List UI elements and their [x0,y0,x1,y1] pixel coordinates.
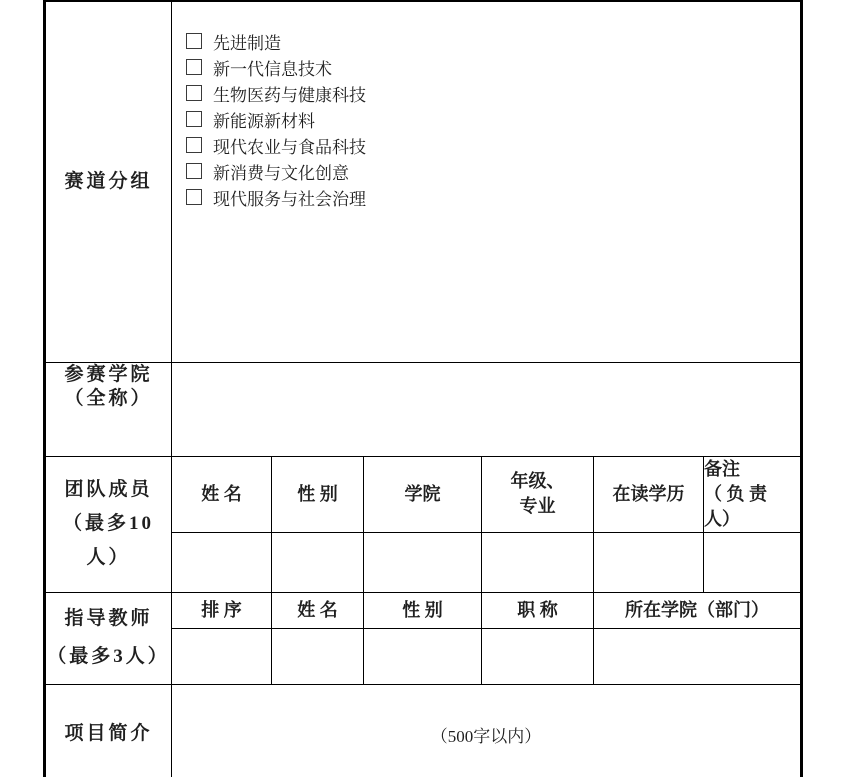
teacher-col-order: 排 序 [172,592,272,628]
track-option-label: 新一代信息技术 [213,55,332,80]
member-college-input-cell[interactable] [364,532,482,592]
track-option-label: 现代农业与食品科技 [213,133,366,158]
teachers-label: 指导教师 （最多3人） [45,592,172,684]
teacher-department-input-cell[interactable] [594,628,802,684]
track-options-cell: 先进制造 新一代信息技术 生物医药与健康科技 新能源新材料 [172,1,802,362]
checkbox-icon[interactable] [186,85,202,101]
checkbox-icon[interactable] [186,189,202,205]
teacher-title-input-cell[interactable] [482,628,594,684]
members-label-line2: （最多10 [63,513,154,534]
member-name-input-cell[interactable] [172,532,272,592]
teachers-label-line1: 指导教师 [64,608,152,629]
track-option-modern-agriculture-food: 现代农业与食品科技 [186,132,800,158]
track-option-advanced-manufacturing: 先进制造 [186,28,800,54]
track-option-label: 新消费与文化创意 [213,159,349,184]
track-option-new-energy-materials: 新能源新材料 [186,106,800,132]
track-options-list: 先进制造 新一代信息技术 生物医药与健康科技 新能源新材料 [172,2,800,210]
remark-line2: （ 负 责 [704,482,800,507]
track-option-biomedicine-health: 生物医药与健康科技 [186,80,800,106]
member-grade-major-input-cell[interactable] [482,532,594,592]
application-form-page: 赛道分组 先进制造 新一代信息技术 生物医药与健康科技 [0,0,849,777]
member-col-grade-major: 年级、 专业 [482,456,594,532]
teacher-col-title: 职 称 [482,592,594,628]
track-option-label: 先进制造 [213,29,281,54]
members-label: 团队成员 （最多10 人） [45,456,172,592]
remark-line3: 人） [704,507,800,532]
member-col-gender: 性 别 [272,456,364,532]
member-remark-input-cell[interactable] [704,532,802,592]
member-degree-input-cell[interactable] [594,532,704,592]
track-option-label: 生物医药与健康科技 [213,81,366,106]
teacher-col-gender: 性 别 [364,592,482,628]
track-option-new-consumption-culture: 新消费与文化创意 [186,158,800,184]
college-label-line1: 参赛学院 [64,364,152,385]
college-label-line2: （全称） [64,388,152,409]
college-row: 参赛学院 （全称） [45,362,802,456]
grade-major-line1: 年级、 [511,471,565,491]
checkbox-icon[interactable] [186,33,202,49]
project-intro-label: 项目简介 [45,684,172,777]
college-label: 参赛学院 （全称） [45,362,172,456]
members-label-line3: 人） [86,547,130,568]
member-col-degree: 在读学历 [594,456,704,532]
remark-line1: 备注 [704,457,800,482]
project-intro-input-cell[interactable]: （500字以内） [172,684,802,777]
member-col-remark-leader: 备注 （ 负 责 人） [704,456,802,532]
teachers-label-line2: （最多3人） [47,646,170,667]
teacher-col-department: 所在学院（部门） [594,592,802,628]
member-col-name: 姓 名 [172,456,272,532]
checkbox-icon[interactable] [186,163,202,179]
checkbox-icon[interactable] [186,111,202,127]
college-name-input-cell[interactable] [172,362,802,456]
track-group-row: 赛道分组 先进制造 新一代信息技术 生物医药与健康科技 [45,1,802,362]
project-intro-placeholder: （500字以内） [431,727,542,746]
teacher-gender-input-cell[interactable] [364,628,482,684]
checkbox-icon[interactable] [186,137,202,153]
track-group-label: 赛道分组 [45,1,172,362]
track-option-label: 新能源新材料 [213,107,315,132]
grade-major-line2: 专业 [520,496,556,516]
teacher-order-input-cell[interactable] [172,628,272,684]
teachers-header-row: 指导教师 （最多3人） 排 序 姓 名 性 别 职 称 所在学院（部门） [45,592,802,628]
members-header-row: 团队成员 （最多10 人） 姓 名 性 别 学院 年级、 专业 在读学历 备注 … [45,456,802,532]
checkbox-icon[interactable] [186,59,202,75]
teacher-name-input-cell[interactable] [272,628,364,684]
teacher-col-name: 姓 名 [272,592,364,628]
track-option-label: 现代服务与社会治理 [213,185,366,210]
member-col-college: 学院 [364,456,482,532]
members-label-line1: 团队成员 [64,479,152,500]
registration-form-table: 赛道分组 先进制造 新一代信息技术 生物医药与健康科技 [43,0,803,777]
track-option-next-gen-it: 新一代信息技术 [186,54,800,80]
project-intro-row: 项目简介 （500字以内） [45,684,802,777]
member-gender-input-cell[interactable] [272,532,364,592]
track-option-modern-service-governance: 现代服务与社会治理 [186,184,800,210]
